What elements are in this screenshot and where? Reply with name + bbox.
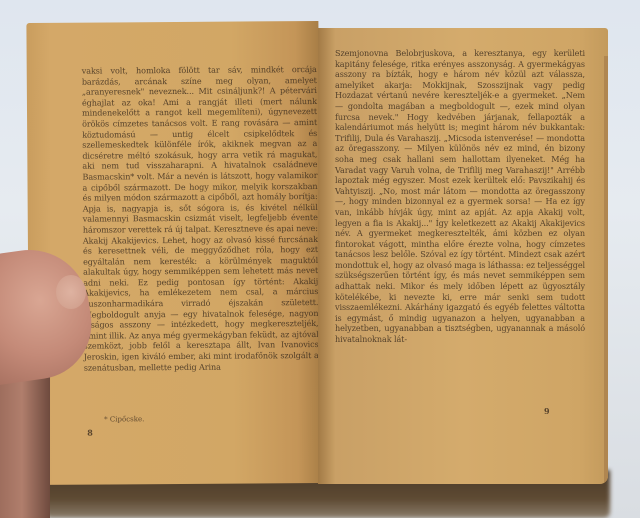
right-page-text: Szemjonovna Belobrjuskova, a keresztanya… (335, 48, 585, 345)
page-edge (604, 56, 608, 484)
footnote: * Cipőcske. (104, 415, 144, 423)
thumbnail (56, 275, 86, 309)
page-number-left: 8 (87, 428, 93, 438)
left-page: vaksi volt, homloka fölött tar sáv, mind… (26, 21, 321, 485)
left-page-text: vaksi volt, homloka fölött tar sáv, mind… (82, 64, 319, 373)
page-number-right: 9 (544, 406, 550, 416)
right-page: Szemjonovna Belobrjuskova, a keresztanya… (318, 28, 608, 484)
